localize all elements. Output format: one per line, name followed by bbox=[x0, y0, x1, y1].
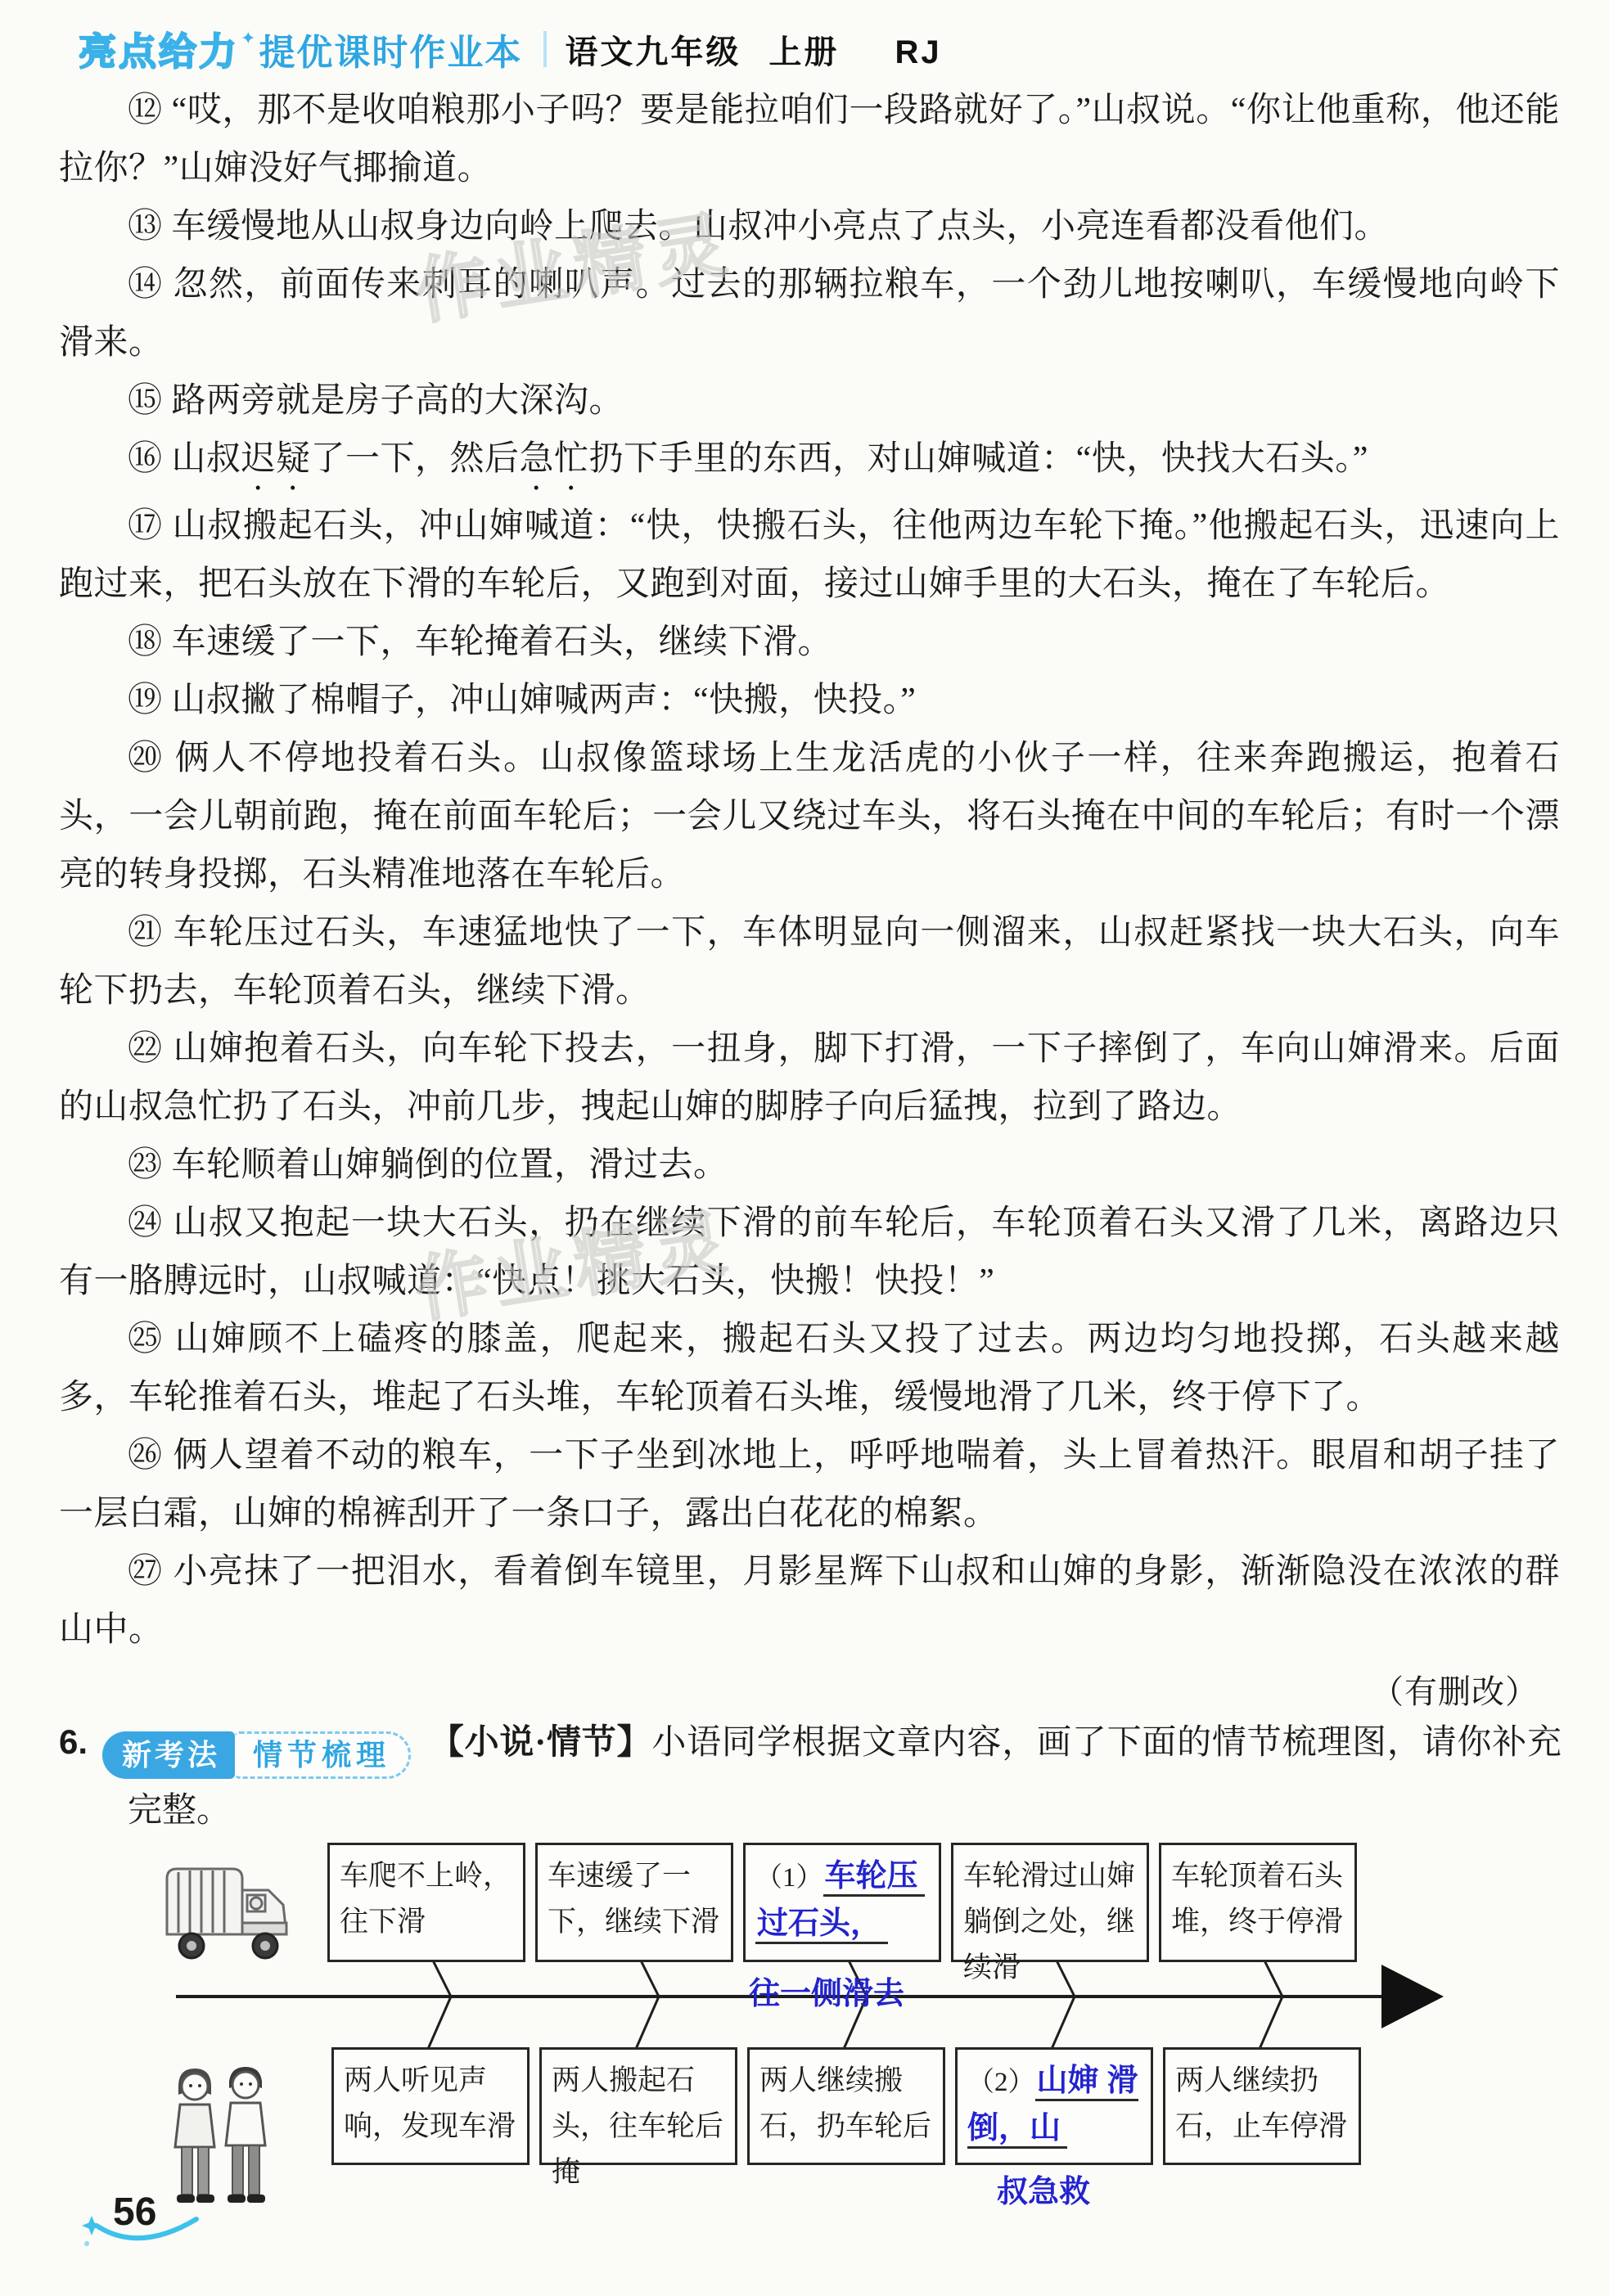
grain-truck-icon bbox=[160, 1854, 316, 1970]
box-label: 车速缓了一下，继续下滑 bbox=[548, 1860, 719, 1938]
passage-paragraph: ⑫ “哎，那不是收咱粮那小子吗？要是能拉咱们一段路就好了。”山叔说。“你让他重称… bbox=[59, 82, 1560, 198]
source-note: （有删改） bbox=[1371, 1666, 1539, 1713]
blank-number: （2） bbox=[967, 2068, 1035, 2097]
handwritten-answer: 叔急救 bbox=[995, 2169, 1097, 2216]
passage-paragraph: ㉕ 山婶顾不上磕疼的膝盖，爬起来，搬起石头又投了过去。两边均匀地投掷，石头越来越… bbox=[59, 1311, 1560, 1427]
badge-new-method: 新考法 bbox=[102, 1731, 235, 1779]
passage-paragraph: ⑱ 车速缓了一下，车轮掩着石头，继续下滑。 bbox=[59, 614, 1560, 672]
passage: ⑫ “哎，那不是收咱粮那小子吗？要是能拉咱们一段路就好了。”山叔说。“你让他重称… bbox=[59, 82, 1560, 1673]
event-top-box-3: （1）车轮压过石头，往一侧滑去 bbox=[743, 1843, 941, 1962]
box-label: 车爬不上岭，往下滑 bbox=[340, 1860, 512, 1938]
passage-paragraph: ⑭ 忽然，前面传来刺耳的喇叭声。过去的那辆拉粮车，一个劲儿地按喇叭，车缓慢地向岭… bbox=[59, 256, 1560, 372]
event-bottom-box-2: 两人搬起石头，往车轮后掩 bbox=[539, 2047, 737, 2165]
handwritten-answer: 山婶 bbox=[1035, 2064, 1106, 2101]
box-label: 两人继续搬石，扔车轮后 bbox=[759, 2064, 931, 2142]
event-bottom-box-1: 两人听见声响，发现车滑 bbox=[331, 2047, 530, 2165]
passage-paragraph: ㉒ 山婶抱着石头，向车轮下投去，一扭身，脚下打滑，一下子摔倒了，车向山婶滑来。后… bbox=[59, 1020, 1560, 1137]
passage-paragraph: ㉓ 车轮顺着山婶躺倒的位置，滑过去。 bbox=[59, 1137, 1560, 1195]
question-6: 6.新考法情节梳理【小说·情节】小语同学根据文章内容，画了下面的情节梳理图，请你… bbox=[59, 1710, 1562, 1843]
event-top-box-1: 车爬不上岭，往下滑 bbox=[327, 1843, 525, 1962]
page-number: 56 bbox=[113, 2190, 156, 2235]
box-label: 车轮顶着石头堆，终于停滑 bbox=[1171, 1860, 1343, 1938]
passage-paragraph: ⑲ 山叔撇了棉帽子，冲山婶喊两声：“快搬，快投。” bbox=[59, 672, 1560, 730]
book-title: 语文九年级上册RJ bbox=[565, 26, 969, 73]
event-top-box-5: 车轮顶着石头堆，终于停滑 bbox=[1159, 1843, 1357, 1962]
volume-name: 上册 bbox=[768, 34, 839, 70]
question-tag: 【小说·情节】 bbox=[429, 1724, 651, 1762]
passage-paragraph: ㉔ 山叔又抱起一块大石头，扔在继续下滑的前车轮后，车轮顶着石头又滑了几米，离路边… bbox=[59, 1195, 1560, 1311]
question-number: 6. bbox=[59, 1722, 88, 1761]
course-name: 语文九年级 bbox=[565, 34, 741, 70]
badge-plot-sorting: 情节梳理 bbox=[235, 1731, 411, 1779]
event-top-box-4: 车轮滑过山婶躺倒之处，继续滑 bbox=[951, 1843, 1149, 1962]
page-header: 亮点给力 ✦ 提优课时作业本 语文九年级上册RJ bbox=[79, 28, 970, 70]
event-bottom-box-4: （2）山婶滑倒，山叔急救 bbox=[955, 2047, 1153, 2165]
event-bottom-box-5: 两人继续扔石，止车停滑 bbox=[1163, 2047, 1361, 2165]
brand-logo: 亮点给力 bbox=[79, 22, 239, 76]
question-badges: 新考法情节梳理 bbox=[102, 1731, 411, 1779]
edition-code: RJ bbox=[895, 34, 941, 70]
box-label: 两人听见声响，发现车滑 bbox=[344, 2064, 516, 2142]
plot-flowchart: 车爬不上岭，往下滑车速缓了一下，继续下滑（1）车轮压过石头，往一侧滑去车轮滑过山… bbox=[0, 1833, 1609, 2296]
passage-paragraph: ⑳ 俩人不停地投着石头。山叔像篮球场上生龙活虎的小伙子一样，往来奔跑搬运，抱着石… bbox=[59, 730, 1560, 904]
header-divider bbox=[543, 31, 547, 67]
arrow-head-icon bbox=[1381, 1965, 1444, 2028]
handwritten-answer: 往一侧滑去 bbox=[747, 1971, 911, 2018]
handwritten-answer: 车轮压 bbox=[823, 1859, 925, 1897]
series-title: 提优课时作业本 bbox=[259, 23, 522, 75]
passage-paragraph: ⑮ 路两旁就是房子高的大深沟。 bbox=[59, 372, 1560, 430]
handwritten-answer: 过石头， bbox=[755, 1907, 888, 1944]
passage-paragraph: ⑰ 山叔搬起石头，冲山婶喊道：“快，快搬石头，往他两边车轮下掩。”他搬起石头，迅… bbox=[59, 497, 1560, 614]
passage-paragraph: ㉖ 俩人望着不动的粮车，一下子坐到冰地上，呼呼地喘着，头上冒着热汗。眼眉和胡子挂… bbox=[59, 1427, 1560, 1543]
passage-paragraph: ⑯ 山叔迟疑了一下，然后急忙扔下手里的东西，对山婶喊道：“快，快找大石头。” bbox=[59, 430, 1560, 497]
passage-paragraph: ㉑ 车轮压过石头，车速猛地快了一下，车体明显向一侧溜来，山叔赶紧找一块大石头，向… bbox=[59, 904, 1560, 1020]
box-label: 两人继续扔石，止车停滑 bbox=[1175, 2064, 1347, 2142]
sparkle-icon: ✦ bbox=[241, 28, 255, 49]
couple-icon bbox=[167, 2059, 282, 2223]
event-bottom-box-3: 两人继续搬石，扔车轮后 bbox=[747, 2047, 945, 2165]
blank-number: （1） bbox=[755, 1863, 823, 1893]
passage-paragraph: ⑬ 车缓慢地从山叔身边向岭上爬去。山叔冲小亮点了点头，小亮连看都没看他们。 bbox=[59, 198, 1560, 256]
event-top-box-2: 车速缓了一下，继续下滑 bbox=[535, 1843, 733, 1962]
passage-paragraph: ㉗ 小亮抹了一把泪水，看着倒车镜里，月影星辉下山叔和山婶的身影，渐渐隐没在浓浓的… bbox=[59, 1543, 1560, 1659]
